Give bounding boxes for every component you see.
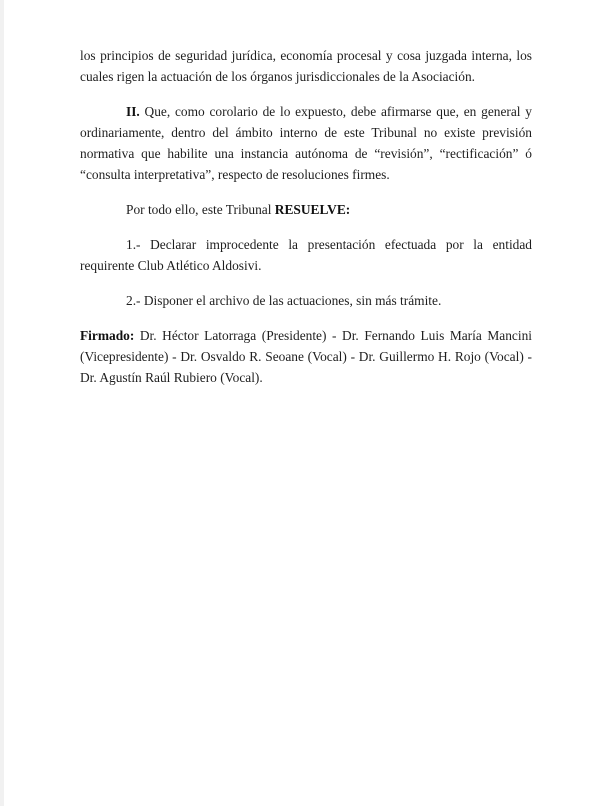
page-edge-shadow (0, 0, 4, 806)
signatures: Firmado: Dr. Héctor Latorraga (President… (80, 325, 532, 388)
paragraph-text: 2.- Disponer el archivo de las actuacion… (126, 293, 441, 308)
resolution-item-1: 1.- Declarar improcedente la presentació… (80, 234, 532, 276)
paragraph-section-ii: II. Que, como corolario de lo expuesto, … (80, 101, 532, 185)
resolves-keyword: RESUELVE: (275, 202, 350, 217)
signatories-text: Dr. Héctor Latorraga (Presidente) - Dr. … (80, 328, 532, 385)
paragraph-text: Por todo ello, este Tribunal (126, 202, 275, 217)
paragraph-principles: los principios de seguridad jurídica, ec… (80, 45, 532, 87)
resolution-item-2: 2.- Disponer el archivo de las actuacion… (80, 290, 532, 311)
paragraph-text: los principios de seguridad jurídica, ec… (80, 48, 532, 84)
paragraph-text: 1.- Declarar improcedente la presentació… (80, 237, 532, 273)
signed-label: Firmado: (80, 328, 134, 343)
document-page: los principios de seguridad jurídica, ec… (80, 45, 532, 402)
paragraph-text: Que, como corolario de lo expuesto, debe… (80, 104, 532, 182)
paragraph-resolution-intro: Por todo ello, este Tribunal RESUELVE: (80, 199, 532, 220)
section-number: II. (126, 104, 140, 119)
